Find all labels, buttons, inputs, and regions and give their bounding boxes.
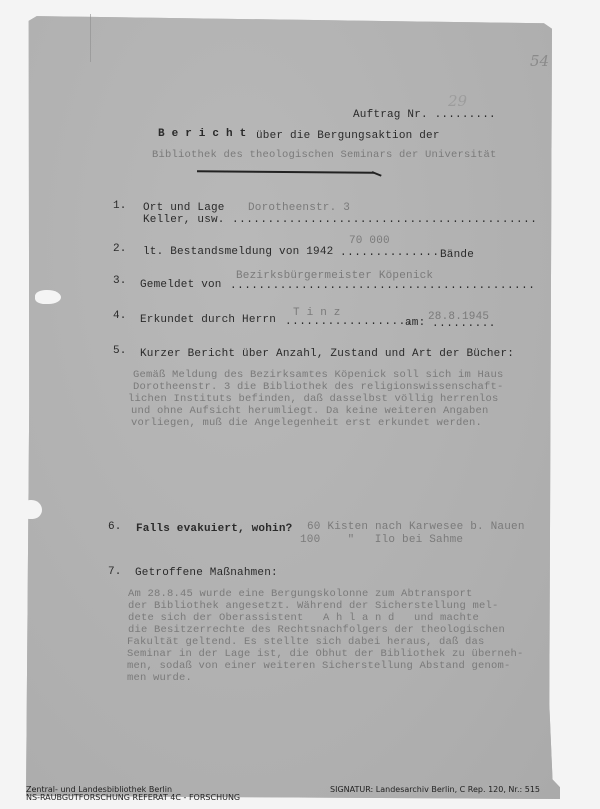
item7-text-line: men, sodaß von einer weiteren Sicherstel… [127, 661, 511, 673]
item5-text-line: Dorotheenstr. 3 die Bibliothek des relig… [133, 382, 504, 394]
item1-dots: ........................................… [232, 214, 537, 226]
item2-dots: .............. [340, 247, 439, 259]
item7-text-line: der Bibliothek angesetzt. Während der Si… [128, 601, 499, 613]
paper-fold-mark [90, 14, 91, 62]
item3-value: Bezirksbürgermeister Köpenick [236, 270, 433, 282]
item1-value: Dorotheenstr. 3 [248, 202, 350, 214]
punch-hole-bottom [22, 500, 42, 519]
item4-am-label: am: [405, 317, 425, 329]
item7-text-line: Seminar in der Lage ist, die Obhut der B… [127, 649, 524, 661]
item6-number: 6. [108, 521, 122, 533]
item5-text-line: vorliegen, muß die Angelegenheit erst er… [131, 418, 482, 430]
item6-value-line: 100 " Ilo bei Sahme [300, 534, 463, 546]
item4-number: 4. [113, 310, 127, 322]
title-bericht: B e r i c h t [158, 128, 246, 140]
item5-number: 5. [113, 345, 127, 357]
item7-text-line: die Besitzerrechte des Rechtsnachfolgers… [128, 625, 505, 637]
item5-text-line: und ohne Aufsicht herumliegt. Da keine w… [131, 406, 489, 418]
item7-text-line: Fakultät geltend. Es stellte sich dabei … [127, 637, 485, 649]
item4-value-name: T i n z [293, 307, 341, 319]
item3-number: 3. [113, 275, 127, 287]
item6-value-line: 60 Kisten nach Karwesee b. Nauen [307, 521, 525, 533]
item5-label: Kurzer Bericht über Anzahl, Zustand und … [140, 348, 514, 360]
item7-number: 7. [108, 566, 122, 578]
handwritten-order-number: 29 [448, 92, 467, 110]
item7-text-line: men wurde. [127, 673, 192, 685]
handwritten-page-number: 54 [530, 52, 549, 70]
item4-label: Erkundet durch Herrn [140, 314, 276, 326]
item7-text-line: dete sich der Oberassistent A h l a n d … [128, 613, 479, 625]
item7-label: Getroffene Maßnahmen: [135, 567, 278, 579]
footer-signatur: SIGNATUR: Landesarchiv Berlin, C Rep. 12… [330, 786, 540, 794]
title-line1: über die Bergungsaktion der [256, 130, 440, 142]
item7-text-line: Am 28.8.45 wurde eine Bergungskolonne zu… [128, 589, 473, 601]
title-line2: Bibliothek des theologischen Seminars de… [152, 149, 497, 161]
footer-left-line2: NS-RAUBGUTFORSCHUNG REFERAT 4C - FORSCHU… [26, 794, 240, 802]
item4-value-date: 28.8.1945 [428, 311, 489, 323]
item1-label-line1: Ort und Lage [143, 202, 225, 214]
item2-suffix: Bände [440, 249, 474, 261]
item5-text-line: lichen Instituts befinden, daß dasselbst… [128, 394, 499, 406]
auftrag-label: Auftrag Nr. ......... [353, 109, 496, 121]
punch-hole-top [35, 290, 61, 304]
item2-value: 70 000 [349, 235, 390, 247]
item1-label-line2: Keller, usw. [143, 214, 225, 226]
item5-text-line: Gemäß Meldung des Bezirksamtes Köpenick … [133, 370, 504, 382]
item2-label: lt. Bestandsmeldung von 1942 [143, 246, 333, 258]
item2-number: 2. [113, 243, 127, 255]
item3-label: Gemeldet von [140, 279, 222, 291]
item6-label: Falls evakuiert, wohin? [136, 523, 292, 535]
item1-number: 1. [113, 200, 127, 212]
